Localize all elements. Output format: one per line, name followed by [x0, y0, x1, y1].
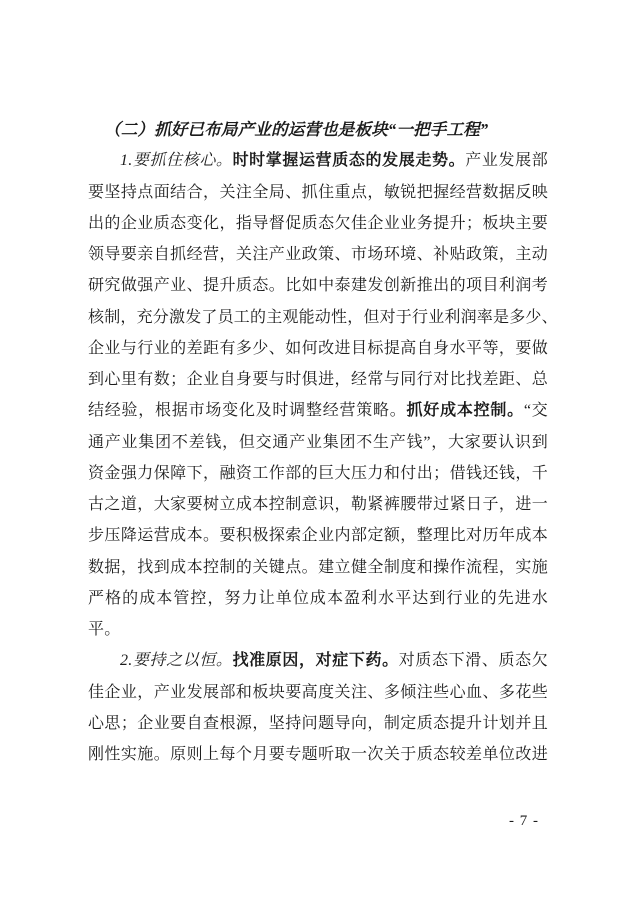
text-line: 领导要亲自抓经营，关注产业政策、市场环境、补贴政策，主动: [88, 239, 548, 270]
text-run: 结经验，根据市场变化及时调整经营策略。: [88, 402, 407, 419]
text-run: 找准原因，对症下药。: [233, 652, 399, 669]
text-line: 核制，充分激发了员工的主观能动性，但对于行业利润率是多少、: [88, 302, 548, 333]
text-run: 通产业集团不差钱，但交通产业集团不生产钱”，大家要认识到: [88, 434, 548, 451]
text-line: 步压降运营成本。要积极探索企业内部定额，整理比对历年成本: [88, 520, 548, 551]
text-run: 平。: [88, 621, 120, 638]
text-line: 严格的成本管控，努力让单位成本盈利水平达到行业的先进水: [88, 583, 548, 614]
text-run: 2.要持之以恒。: [120, 652, 233, 669]
text-line: 研究做强产业、提升质态。比如中泰建发创新推出的项目利润考: [88, 270, 548, 301]
text-line: 数据，找到成本控制的关键点。建立健全制度和操作流程，实施: [88, 552, 548, 583]
text-line: 1.要抓住核心。时时掌握运营质态的发展走势。产业发展部: [88, 145, 548, 176]
document-page: （二）抓好已布局产业的运营也是板块“一把手工程”1.要抓住核心。时时掌握运营质态…: [0, 0, 636, 900]
text-line: 心思；企业要自查根源，坚持问题导向，制定质态提升计划并且: [88, 708, 548, 739]
text-run: 刚性实施。原则上每个月要专题听取一次关于质态较差单位改进: [88, 746, 548, 763]
text-run: 研究做强产业、提升质态。比如中泰建发创新推出的项目利润考: [88, 277, 548, 294]
text-run: （二）抓好已布局产业的运营也是板块“一把手工程”: [104, 120, 488, 139]
text-line: 佳企业，产业发展部和板块要高度关注、多倾注些心血、多花些: [88, 677, 548, 708]
text-run: 核制，充分激发了员工的主观能动性，但对于行业利润率是多少、: [88, 309, 558, 326]
text-run: 心思；企业要自查根源，坚持问题导向，制定质态提升计划并且: [88, 715, 548, 732]
text-run: 对质态下滑、质态欠: [399, 652, 548, 669]
text-run: “交: [524, 402, 548, 419]
text-run: 数据，找到成本控制的关键点。建立健全制度和操作流程，实施: [88, 559, 548, 576]
text-run: 古之道，大家要树立成本控制意识，勒紧裤腰带过紧日子，进一: [88, 496, 548, 513]
text-line: 要坚持点面结合，关注全局、抓住重点，敏锐把握经营数据反映: [88, 177, 548, 208]
text-line: 出的企业质态变化，指导督促质态欠佳企业业务提升；板块主要: [88, 208, 548, 239]
text-run: 出的企业质态变化，指导督促质态欠佳企业业务提升；板块主要: [88, 215, 548, 232]
text-line: 2.要持之以恒。找准原因，对症下药。对质态下滑、质态欠: [88, 645, 548, 676]
text-run: 企业与行业的差距有多少、如何改进目标提高自身水平等，要做: [88, 340, 548, 357]
text-line: 平。: [88, 614, 548, 645]
text-run: 步压降运营成本。要积极探索企业内部定额，整理比对历年成本: [88, 527, 548, 544]
text-run: 领导要亲自抓经营，关注产业政策、市场环境、补贴政策，主动: [88, 246, 548, 263]
text-run: 抓好成本控制。: [407, 402, 524, 419]
text-run: 严格的成本管控，努力让单位成本盈利水平达到行业的先进水: [88, 590, 548, 607]
document-body: （二）抓好已布局产业的运营也是板块“一把手工程”1.要抓住核心。时时掌握运营质态…: [88, 114, 548, 770]
text-line: 企业与行业的差距有多少、如何改进目标提高自身水平等，要做: [88, 333, 548, 364]
text-line: 古之道，大家要树立成本控制意识，勒紧裤腰带过紧日子，进一: [88, 489, 548, 520]
text-line: 刚性实施。原则上每个月要专题听取一次关于质态较差单位改进: [88, 739, 548, 770]
text-line: 到心里有数；企业自身要与时俱进，经常与同行对比找差距、总: [88, 364, 548, 395]
text-run: 要坚持点面结合，关注全局、抓住重点，敏锐把握经营数据反映: [88, 184, 548, 201]
text-run: 佳企业，产业发展部和板块要高度关注、多倾注些心血、多花些: [88, 684, 548, 701]
page-number: - 7 -: [509, 813, 539, 830]
text-line: 结经验，根据市场变化及时调整经营策略。抓好成本控制。“交: [88, 395, 548, 426]
section-heading: （二）抓好已布局产业的运营也是板块“一把手工程”: [88, 114, 548, 145]
text-run: 资金强力保障下，融资工作部的巨大压力和付出；借钱还钱，千: [88, 465, 548, 482]
text-run: 产业发展部: [465, 152, 548, 169]
text-run: 到心里有数；企业自身要与时俱进，经常与同行对比找差距、总: [88, 371, 548, 388]
text-line: 通产业集团不差钱，但交通产业集团不生产钱”，大家要认识到: [88, 427, 548, 458]
text-run: 时时掌握运营质态的发展走势。: [233, 152, 466, 169]
text-run: 1.要抓住核心。: [120, 152, 233, 169]
text-line: 资金强力保障下，融资工作部的巨大压力和付出；借钱还钱，千: [88, 458, 548, 489]
